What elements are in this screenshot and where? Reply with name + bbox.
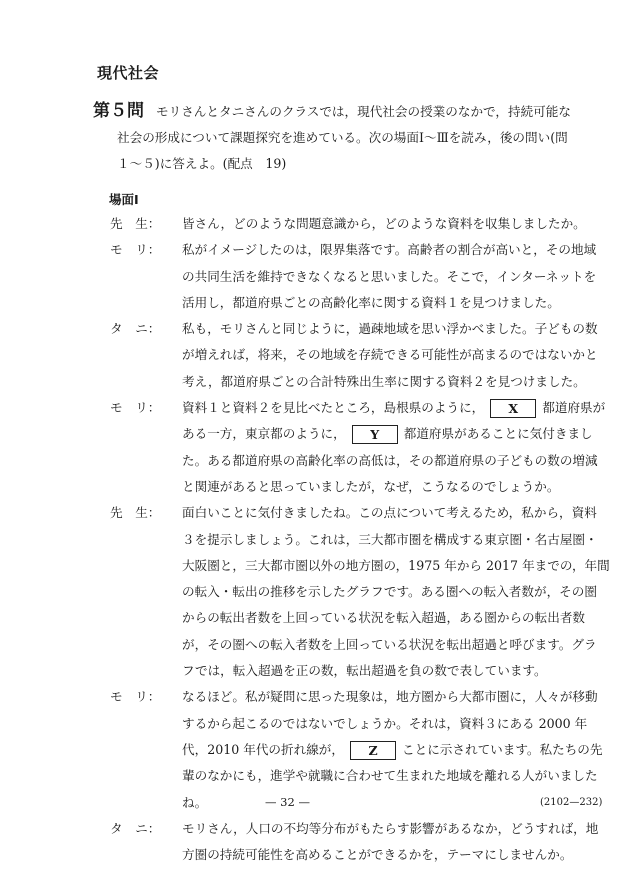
speech-line: 考え，都道府県ごとの合計特殊出生率に関する資料２を見つけました。 [182,369,598,395]
speech-line: からの転出者数を上回っている状況を転入超過，ある圏からの転出者数 [182,605,610,631]
dialog-turn-mori-3: モ リ： なるほど。私が疑問に思った現象は，地方圏から大都市圏に，人々が移動 す… [110,684,590,815]
speech-line: モリさん，人口の不均等分布がもたらす影響があるなか，どうすれば，地 [182,816,598,842]
speech-text: 都道府県が [542,400,605,415]
speech-line: なるほど。私が疑問に思った現象は，地方圏から大都市圏に，人々が移動 [182,684,603,710]
dialog-turn-mori-1: モ リ： 私がイメージしたのは，限界集落です。高齢者の割合が高いと，その地域 の… [110,237,590,316]
blank-box-z: Z [350,741,396,760]
subject-title: 現代社会 [97,62,159,83]
speech-line: するから起こるのではないでしょうか。それは，資料３にある 2000 年 [182,711,603,737]
speech-line: フでは，転入超過を正の数，転出超過を負の数で表しています。 [182,658,610,684]
speech-line: 代，2010 年代の折れ線が，Zことに示されています。私たちの先 [182,737,603,763]
speaker-label: モ リ： [110,395,182,500]
speech-line: 面白いことに気付きましたね。この点について考えるため，私から，資料 [182,500,610,526]
speaker-label: 先 生： [110,211,182,237]
speech-line: 方圏の持続可能性を高めることができるかを，テーマにしませんか。 [182,842,598,868]
question-number: 第５問 [93,101,144,121]
blank-box-y: Y [352,425,398,444]
speech-line: が，その圏への転入者数を上回っている状況を転出超過と呼びます。グラ [182,632,610,658]
scene-title: 場面Ⅰ [109,190,139,208]
dialog-turn-tani-2: タ ニ： モリさん，人口の不均等分布がもたらす影響があるなか，どうすれば，地 方… [110,816,590,869]
speaker-label: タ ニ： [110,816,182,869]
question-intro-line3: １～５)に答えよ。(配点 19) [93,151,593,177]
speech-line: が増えれば，将来，その地域を存続できる可能性が高まるのではないかと [182,342,598,368]
speech-text: 代，2010 年代の折れ線が， [182,742,344,757]
speech-line: た。ある都道府県の高齢化率の高低は，その都道府県の子どもの数の増減 [182,448,605,474]
blank-box-x: X [490,399,536,418]
speaker-label: モ リ： [110,237,182,316]
speech-text: 資料１と資料２を見比べたところ，島根県のように， [182,400,484,415]
speaker-label: 先 生： [110,500,182,684]
question-intro-line2: 社会の形成について課題探究を進めている。次の場面Ⅰ～Ⅲを読み，後の問い(問 [93,125,593,151]
speech-line: 私がイメージしたのは，限界集落です。高齢者の割合が高いと，その地域 [182,237,596,263]
dialog: 先 生： 皆さん，どのような問題意識から，どのような資料を収集しましたか。 モ … [110,211,590,868]
dialog-turn-tani-1: タ ニ： 私も，モリさんと同じように，過疎地域を思い浮かべました。子どもの数 が… [110,316,590,395]
speaker-label: タ ニ： [110,316,182,395]
speech-line: 皆さん，どのような問題意識から，どのような資料を収集しましたか。 [182,211,590,237]
speech-line: 大阪圏と，三大都市圏以外の地方圏の，1975 年から 2017 年までの，年間 [182,553,610,579]
dialog-turn-mori-2: モ リ： 資料１と資料２を見比べたところ，島根県のように，X都道府県が ある一方… [110,395,590,500]
speech-line: の共同生活を維持できなくなると思いました。そこで，インターネットを [182,264,596,290]
dialog-turn-teacher-1: 先 生： 皆さん，どのような問題意識から，どのような資料を収集しましたか。 [110,211,590,237]
speech-text: 都道府県があることに気付きまし [404,426,593,441]
question-intro-line1: モリさんとタニさんのクラスでは，現代社会の授業のなかで，持続可能な [156,104,571,119]
speech-line: 資料１と資料２を見比べたところ，島根県のように，X都道府県が [182,395,605,421]
speech-line: 輩のなかにも，進学や就職に合わせて生まれた地域を離れる人がいました [182,763,603,789]
speech-line: 活用し，都道府県ごとの高齢化率に関する資料１を見つけました。 [182,290,596,316]
page-number: — 32 — [265,795,310,809]
speech-line: ３を提示しましょう。これは，三大都市圏を構成する東京圏・名古屋圏・ [182,527,610,553]
speech-line: と関連があると思っていましたが，なぜ，こうなるのでしょうか。 [182,474,605,500]
speaker-label: モ リ： [110,684,182,815]
speech-text: ある一方，東京都のように， [182,426,346,441]
speech-line: の転入・転出の推移を示したグラフです。ある圏への転入者数が，その圏 [182,579,610,605]
exam-code: (2102—232) [540,797,602,808]
speech-line: ある一方，東京都のように，Y都道府県があることに気付きまし [182,421,605,447]
speech-line: 私も，モリさんと同じように，過疎地域を思い浮かべました。子どもの数 [182,316,598,342]
dialog-turn-teacher-2: 先 生： 面白いことに気付きましたね。この点について考えるため，私から，資料 ３… [110,500,590,684]
question-header: 第５問モリさんとタニさんのクラスでは，現代社会の授業のなかで，持続可能な 社会の… [93,98,593,177]
speech-text: ことに示されています。私たちの先 [402,742,603,757]
